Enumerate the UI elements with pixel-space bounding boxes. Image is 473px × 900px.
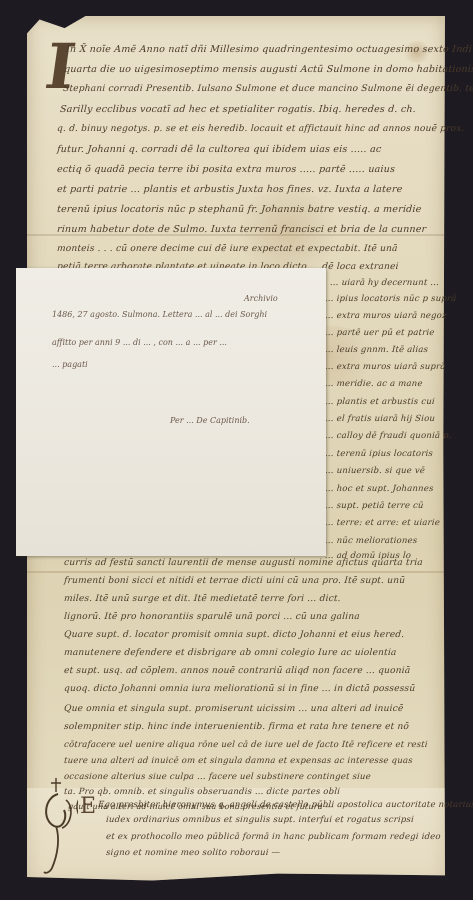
text-line: ... terenū ipius locatoris xyxy=(325,449,434,459)
text-line: occasione alterius siue culpa ... facere… xyxy=(64,772,372,782)
text-line: ... plantis et arbustis cui xyxy=(325,397,436,407)
fold-line xyxy=(27,571,445,573)
text-line: ... hoc et supt. Johannes xyxy=(325,484,434,494)
text-line: et supt. usq. ad cōplem. annos nouē cont… xyxy=(64,666,411,676)
text-line: ... uiarā hy decernunt ... xyxy=(330,278,440,288)
notary-signum-icon xyxy=(36,776,78,876)
text-line: ... terre: et arre: et uiarie xyxy=(325,518,441,528)
text-line: Sarilly ecclibus vocatī ad hec et spetia… xyxy=(60,104,417,115)
note-signature: Per ... De Capitinib. xyxy=(170,416,250,425)
text-line: ... leuis gnnm. Itē alias xyxy=(325,345,429,355)
text-line: manutenere defendere et disbrigare ab om… xyxy=(64,648,397,658)
text-line: quoq. dicto Johanni omnia iura meliorati… xyxy=(64,684,416,694)
text-line: solempniter stip. hinc inde interuenient… xyxy=(64,722,410,732)
text-line: ... calloy dē fraudi quoniā p. xyxy=(325,431,452,441)
text-line: q. d. binuy negotys. p. se et eis heredi… xyxy=(57,124,465,134)
text-line: ectiq ō quadā pecia terre ibi posita ext… xyxy=(57,164,396,175)
text-line: iudex ordinarius omnibus et singulis sup… xyxy=(106,815,415,825)
text-line: Que omnia et singula supt. promiserunt u… xyxy=(64,704,404,714)
text-line: et parti patrie ... plantis et arbustis … xyxy=(57,184,403,195)
text-line: frumenti boni sicci et nitidi et terrae … xyxy=(64,576,406,586)
text-line: signo et nomine meo solito roboraui — xyxy=(106,848,281,858)
text-line: curris ad festū sancti laurentii de mens… xyxy=(64,558,424,568)
subscription-initial: E xyxy=(80,796,96,818)
text-line: miles. Itē unū surge et dit. Itē medieta… xyxy=(64,594,341,604)
note-line: affitto per anni 9 ... di ... , con ... … xyxy=(52,338,227,347)
note-archive-label: Archivio xyxy=(244,294,278,303)
text-line: tuere una alteri ad inuicē om et singula… xyxy=(64,756,413,766)
text-line: Stephani corradi Presentib. Iulsano Sulm… xyxy=(63,84,473,94)
text-line: ta. Pro qb. omnib. et singulis obseruand… xyxy=(64,787,341,797)
text-line: ... supt. petiā terre cū xyxy=(325,501,424,511)
note-line: 1486, 27 agosto. Sulmona. Lettera ... al… xyxy=(52,310,267,319)
text-line: quarta die uo uigesimoseptimo mensis aug… xyxy=(64,64,473,75)
text-line: et ex prothocollo meo pūblicā formā in h… xyxy=(106,832,441,842)
text-line: ... meridie. ac a mane xyxy=(325,379,423,389)
text-line: ... extra muros uiarā negoz xyxy=(325,311,447,321)
text-line: cōtrafacere uel uenire aliqua rōne uel c… xyxy=(64,740,428,750)
text-line: monteis . . . cū onere decime cui dē iur… xyxy=(57,244,398,254)
text-line: ... extra muros uiarā suprā xyxy=(325,362,446,372)
text-line: Quare supt. d. locator promisit omnia su… xyxy=(64,630,405,640)
text-line: In X̄ noīe Amē Anno natī dñi Millesimo q… xyxy=(66,44,473,55)
text-line: ... el fratis uiarā hij Siou xyxy=(325,414,436,424)
text-line: terenū ipius locatoris nūc p stephanū fr… xyxy=(57,204,422,215)
text-line: ... partē uer pū et patrie xyxy=(325,328,435,338)
text-line: ... ipius locatoris nūc p suprā xyxy=(325,294,457,304)
archival-note: Archivio 1486, 27 agosto. Sulmona. Lette… xyxy=(16,268,326,556)
text-line: ... nūc meliorationes xyxy=(325,536,418,546)
note-line: ... pagati xyxy=(52,360,88,369)
text-line: rinum habetur dote de Sulmo. Iuxta terre… xyxy=(57,224,427,235)
text-line: ... uniuersib. si que vē xyxy=(325,466,426,476)
text-line: lignorū. Itē pro honorantiis sparulē unā… xyxy=(64,612,361,622)
text-line: Ego presbiter hieronymus q. angeli de ca… xyxy=(98,800,473,810)
text-line: futur. Johanni q. corradi dē la cultorea… xyxy=(57,144,382,155)
